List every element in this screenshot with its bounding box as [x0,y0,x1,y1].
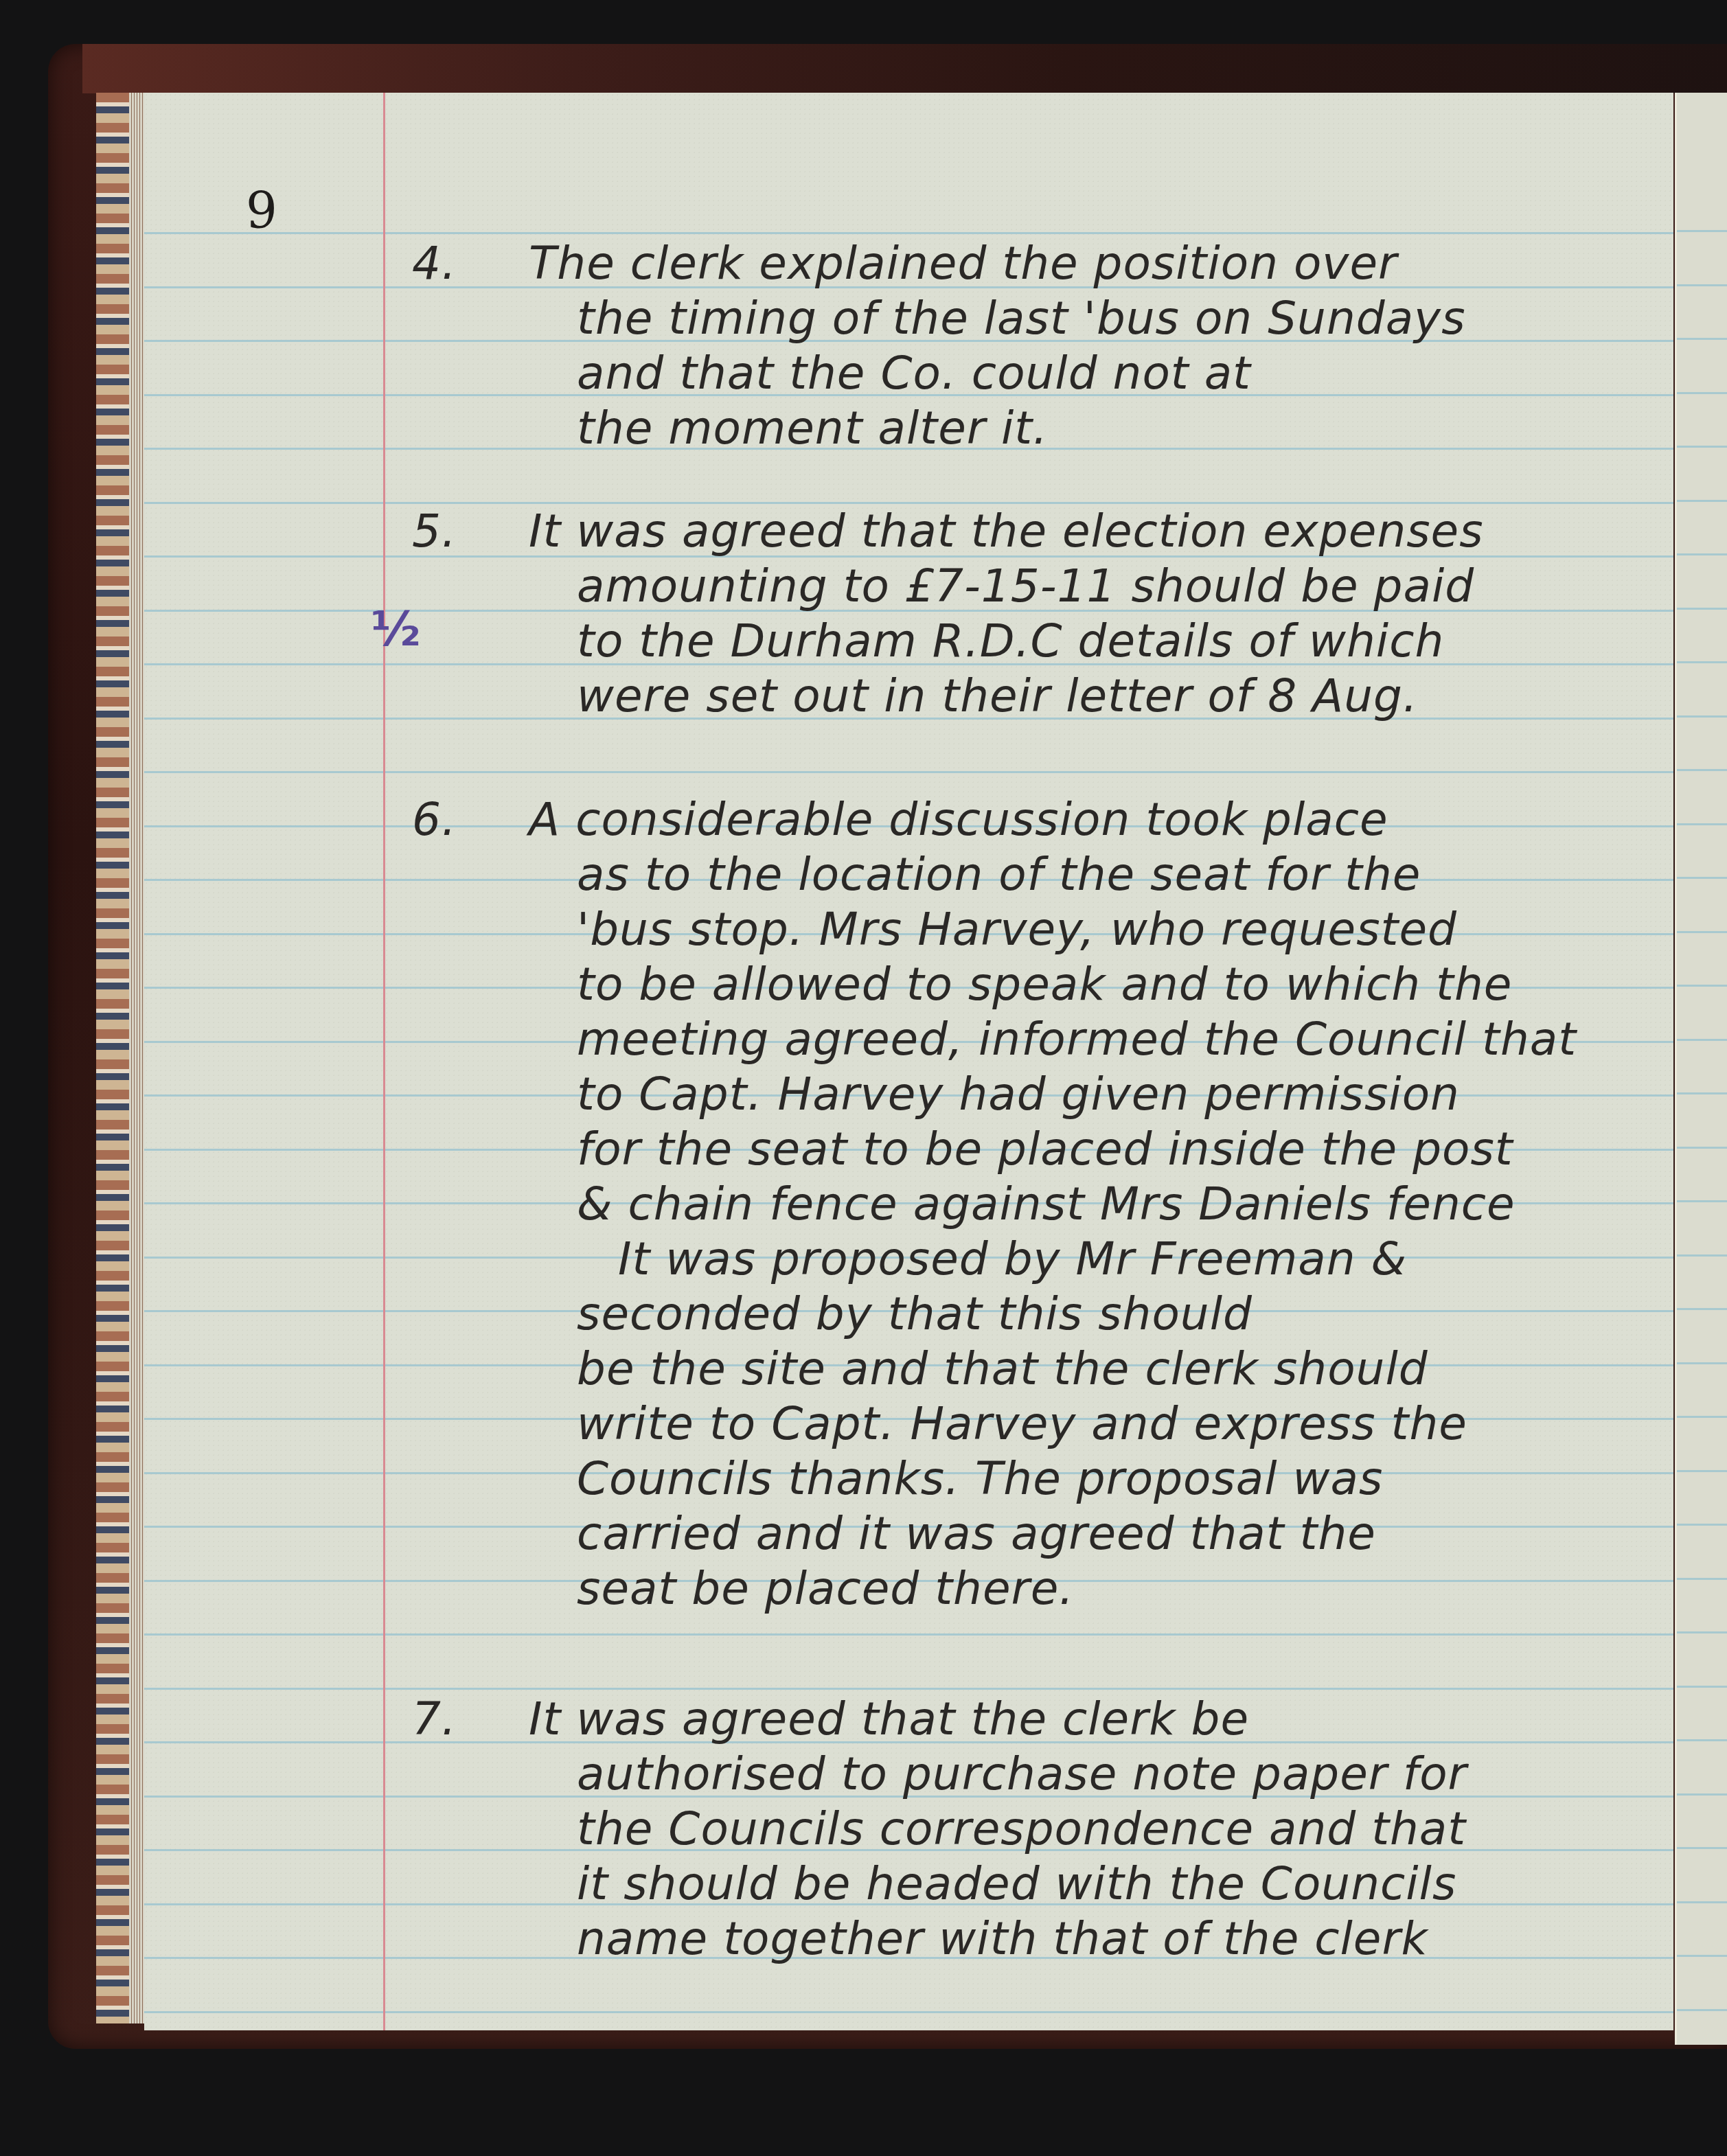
ruled-line [1677,500,1727,502]
ruled-line [1677,1631,1727,1633]
item-number: 5. [412,505,457,558]
item-line: 'bus stop. Mrs Harvey, who requested [577,903,1457,956]
item-line: the moment alter it. [577,402,1048,455]
ruled-line [144,502,1673,504]
item-line: The clerk explained the position over [529,237,1397,290]
ruled-line [1677,392,1727,394]
item-number: 4. [412,237,457,290]
pencil-margin-mark: ½ [371,601,420,657]
adjacent-page-edge [1675,93,1727,2045]
item-line: seat be placed there. [577,1562,1074,1615]
item-line: meeting agreed, informed the Council tha… [577,1013,1577,1066]
item-line: the Councils correspondence and that [577,1802,1466,1855]
ruled-line [1677,1039,1727,1041]
item-number: 7. [412,1693,457,1745]
ruled-line [144,771,1673,773]
ruled-line [1677,1362,1727,1364]
item-line: carried and it was agreed that the [577,1507,1376,1560]
item-line: and that the Co. could not at [577,347,1251,400]
ruled-line [144,1688,1673,1690]
ruled-line [1677,1578,1727,1580]
ruled-line [1677,877,1727,879]
ruled-line [1677,1254,1727,1257]
ruled-line [144,232,1673,234]
ruled-line [1677,1147,1727,1149]
item-line: It was agreed that the election expenses [529,505,1484,558]
ruled-line [1677,1092,1727,1094]
ruled-line [1677,1308,1727,1310]
item-line: & chain fence against Mrs Daniels fence [577,1178,1516,1230]
ruled-line [1677,338,1727,340]
ruled-line [1677,230,1727,232]
ruled-line [1677,446,1727,448]
margin-line [383,93,385,2030]
notebook-page: 9 ½ 4. The clerk explained the position … [144,93,1673,2030]
ruled-line [1677,1847,1727,1849]
item-line: to be allowed to speak and to which the [577,958,1512,1011]
ruled-line [1677,1955,1727,1957]
item-line: seconded by that this should [577,1287,1253,1340]
item-line: It was proposed by Mr Freeman & [618,1232,1407,1285]
binding-top-edge [82,44,1727,93]
ruled-line [1677,2009,1727,2011]
ruled-line [1677,823,1727,825]
ruled-line [1677,1200,1727,1202]
item-line: amounting to £7-15-11 should be paid [577,560,1474,612]
item-line: for the seat to be placed inside the pos… [577,1123,1513,1176]
ruled-line [1677,553,1727,555]
ruled-line [1677,1416,1727,1418]
item-line: it should be headed with the Councils [577,1857,1456,1910]
ruled-line [1677,931,1727,933]
item-line: write to Capt. Harvey and express the [577,1397,1467,1450]
item-line: to the Durham R.D.C details of which [577,615,1444,667]
page-stack-edge [129,93,144,2023]
item-line: be the site and that the clerk should [577,1342,1428,1395]
ruled-line [1677,1901,1727,1903]
ruled-line [144,2011,1673,2013]
ruled-line [1677,608,1727,610]
item-line: were set out in their letter of 8 Aug. [577,669,1418,722]
ruled-line [1677,661,1727,663]
item-line: A considerable discussion took place [529,793,1388,846]
ruled-line [1677,1470,1727,1472]
ruled-line [1677,284,1727,286]
ruled-line [1677,985,1727,987]
item-number: 6. [412,793,457,846]
ruled-line [1677,1686,1727,1688]
ruled-line [144,1633,1673,1636]
ruled-line [1677,769,1727,771]
item-line: It was agreed that the clerk be [529,1693,1249,1745]
item-line: name together with that of the clerk [577,1912,1428,1965]
ruled-line [1677,715,1727,718]
ruled-line [1677,1793,1727,1796]
ruled-line [1677,1524,1727,1526]
item-line: Councils thanks. The proposal was [577,1452,1383,1505]
item-line: authorised to purchase note paper for [577,1747,1467,1800]
item-line: to Capt. Harvey had given permission [577,1068,1460,1121]
page-number: 9 [246,182,277,240]
item-line: as to the location of the seat for the [577,848,1421,901]
ruled-line [1677,1739,1727,1741]
item-line: the timing of the last 'bus on Sundays [577,292,1466,345]
